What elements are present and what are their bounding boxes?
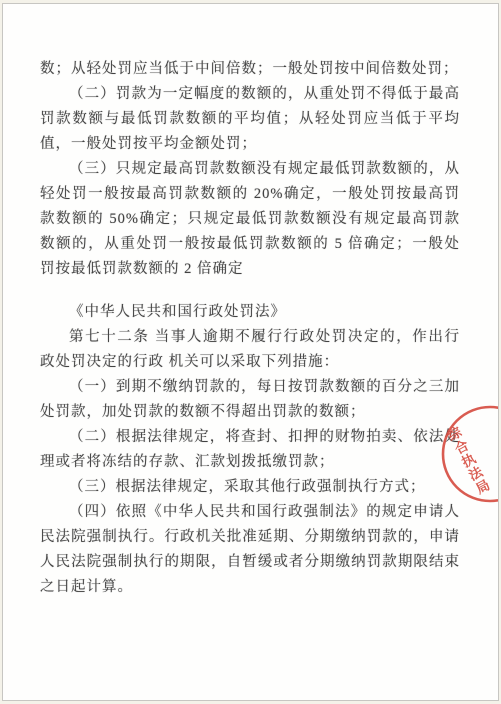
paragraph: （二）罚款为一定幅度的数额的，从重处罚不得低于最高罚款数额与最低罚款数额的平均值… — [40, 82, 460, 157]
paragraph: 数；从轻处罚应当低于中间倍数；一般处罚按中间倍数处罚； — [40, 57, 460, 82]
paragraph: （二）根据法律规定，将查封、扣押的财物拍卖、依法处理或者将冻结的存款、汇款划拨抵… — [40, 425, 460, 475]
paragraph: （四）依照《中华人民共和国行政强制法》的规定申请人民法院强制执行。行政机关批准延… — [40, 500, 460, 600]
document-page: 数；从轻处罚应当低于中间倍数；一般处罚按中间倍数处罚；（二）罚款为一定幅度的数额… — [2, 3, 499, 701]
document-text: 数；从轻处罚应当低于中间倍数；一般处罚按中间倍数处罚；（二）罚款为一定幅度的数额… — [40, 57, 460, 600]
paragraph: （三）根据法律规定，采取其他行政强制执行方式； — [40, 475, 460, 500]
paragraph: 第七十二条 当事人逾期不履行行政处罚决定的，作出行政处罚决定的行政 机关可以采取… — [40, 325, 460, 375]
paragraph: 《中华人民共和国行政处罚法》 — [40, 300, 460, 325]
scanned-page: 数；从轻处罚应当低于中间倍数；一般处罚按中间倍数处罚；（二）罚款为一定幅度的数额… — [0, 0, 501, 704]
paragraph: （一）到期不缴纳罚款的，每日按罚款数额的百分之三加处罚款，加处罚款的数额不得超出… — [40, 375, 460, 425]
paragraph: （三）只规定最高罚款数额没有规定最低罚款数额的，从轻处罚一般按最高罚款数额的 2… — [40, 157, 460, 282]
